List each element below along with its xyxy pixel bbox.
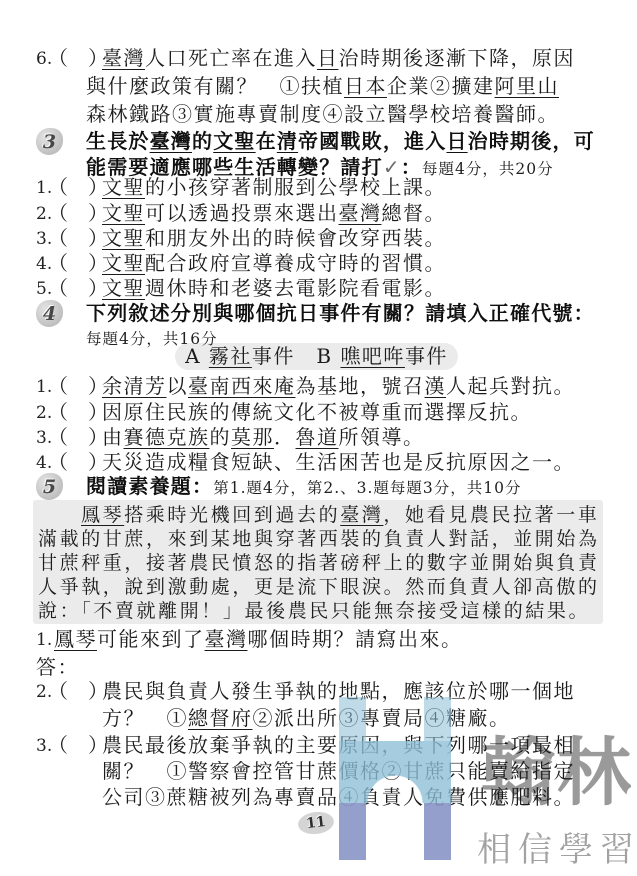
answer-parentheses: （ ） <box>48 226 108 250</box>
question-text-line: 余清芳以臺南西來庵為基地，號召漢人起兵對抗。 <box>102 374 575 398</box>
section-title-line: 生長於臺灣的文聖在清帝國戰敗，進入日治時期後，可 <box>86 129 595 153</box>
exam-page: 翰林 相信學習 6. （ ） 臺灣人口死亡率在進入日治時期後逐漸下降，原因 與什… <box>0 0 637 876</box>
answer-parentheses: （ ） <box>48 679 108 703</box>
answer-parentheses: （ ） <box>48 374 108 398</box>
question-text-line: 關？ ①警察會控管甘蔗價格②甘蔗只能賣給指定 <box>102 759 575 783</box>
question-text-line: 由賽德克族的莫那．魯道所領導。 <box>102 425 425 449</box>
page-number-badge: 11 <box>297 810 335 836</box>
passage-line: 鳳琴搭乘時光機回到過去的臺灣，她看見農民拉著一車 <box>38 503 599 527</box>
answer-parentheses: （ ） <box>48 175 108 199</box>
hanlin-slogan: 相信學習 <box>477 822 637 871</box>
passage-line: 說：「不賣就離開！」最後農民只能無奈接受這樣的結果。 <box>38 599 590 623</box>
answer-parentheses: （ ） <box>48 276 108 300</box>
question-text-line: 文聖週休時和老婆去電影院看電影。 <box>102 276 446 300</box>
question-text-line: 文聖和朋友外出的時候會改穿西裝。 <box>102 226 446 250</box>
question-text-line: 森林鐵路③實施專賣制度④設立醫學校培養醫師。 <box>86 102 559 126</box>
answer-parentheses: （ ） <box>48 425 108 449</box>
question-text-line: 鳳琴可能來到了臺灣哪個時期？請寫出來。 <box>54 627 463 651</box>
question-text-line: 文聖的小孩穿著制服到公學校上課。 <box>102 175 446 199</box>
question-number: 1. <box>36 628 52 652</box>
section-score-note: 每題4分，共16分 <box>86 327 218 351</box>
question-text-line: 公司③蔗糖被列為專賣品④負責人免費供應肥料。 <box>102 785 575 809</box>
question-text-line: 農民與負責人發生爭執的地點，應該位於哪一個地 <box>102 679 575 703</box>
answer-parentheses: （ ） <box>48 450 108 474</box>
question-text-line: 農民最後放棄爭執的主要原因，與下列哪一項最相 <box>102 733 575 757</box>
passage-line: 甘蔗秤重，接著農民憤怒的指著磅秤上的數字並開始與負責 <box>38 551 600 575</box>
answer-parentheses: （ ） <box>48 46 108 70</box>
answer-parentheses: （ ） <box>48 251 108 275</box>
question-text-line: 文聖配合政府宣導養成守時的習慣。 <box>102 251 446 275</box>
answer-parentheses: （ ） <box>48 400 108 424</box>
watermark-right-bar-bottom <box>424 803 451 860</box>
section-badge-3: 3 <box>36 128 63 155</box>
question-text-line: 臺灣人口死亡率在進入日治時期後逐漸下降，原因 <box>102 46 575 70</box>
section-badge-4: 4 <box>36 300 63 327</box>
question-text-line: 文聖可以透過投票來選出臺灣總督。 <box>102 201 446 225</box>
question-text-line: 與什麼政策有關？ ①扶植日本企業②擴建阿里山 <box>86 74 559 98</box>
question-text-line: 天災造成糧食短缺、生活困苦也是反抗原因之一。 <box>102 450 575 474</box>
section-title-line: 下列敘述分別與哪個抗日事件有關？請填入正確代號： <box>86 301 595 325</box>
question-text-line: 因原住民族的傳統文化不被尊重而選擇反抗。 <box>102 400 532 424</box>
passage-line: 滿載的甘蔗，來到某地與穿著西裝的負責人對話，並開始為 <box>38 527 600 551</box>
answer-parentheses: （ ） <box>48 733 108 757</box>
section-title-line: 閱讀素養題：第1.題4分，第2.、3.題每題3分，共10分 <box>86 474 522 500</box>
answer-label: 答： <box>36 655 79 679</box>
section-badge-5: 5 <box>36 473 63 500</box>
answer-parentheses: （ ） <box>48 201 108 225</box>
passage-line: 人爭執，說到激動處，更是流下眼淚。然而負責人卻高傲的 <box>38 575 600 599</box>
watermark-left-bar-bottom <box>339 803 366 860</box>
question-text-line: 方？ ①總督府②派出所③專賣局④糖廠。 <box>102 706 511 730</box>
